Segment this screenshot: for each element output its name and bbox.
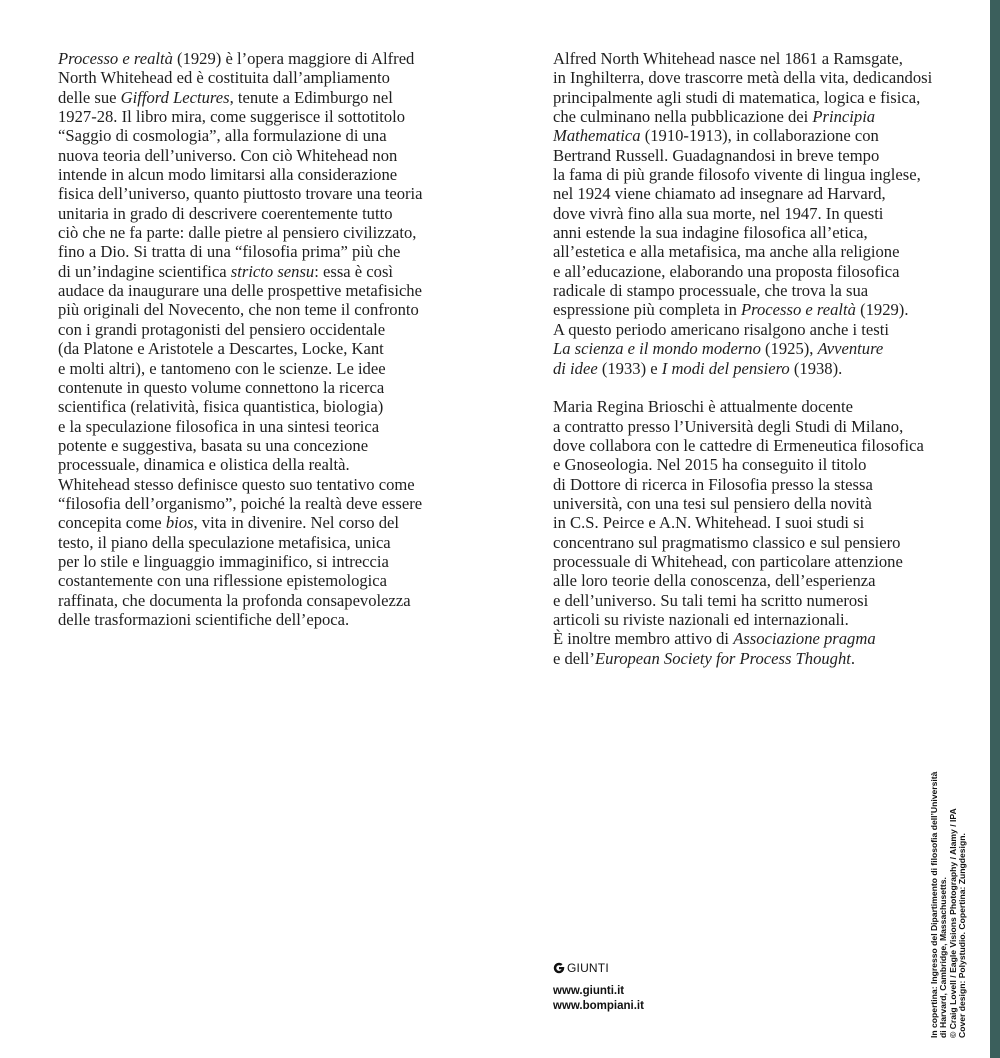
text-line: alle loro teorie della conoscenza, dell’… [553,571,973,590]
text-run: all’estetica e alla metafisica, ma anche… [553,242,899,261]
text-line: di Dottore di ricerca in Filosofia press… [553,475,973,494]
text-run: delle sue [58,88,121,107]
italic-title: Avventure [818,339,884,358]
text-run: Whitehead stesso definisce questo suo te… [58,475,415,494]
author-biographies: Alfred North Whitehead nasce nel 1861 a … [553,49,973,668]
text-run: : essa è così [314,262,393,281]
text-run: raffinata, che documenta la profonda con… [58,591,411,610]
text-line: North Whitehead ed è costituita dall’amp… [58,68,498,87]
text-run: intende in alcun modo limitarsi alla con… [58,165,397,184]
text-line: e Gnoseologia. Nel 2015 ha conseguito il… [553,455,973,474]
text-line: 1927-28. Il libro mira, come suggerisce … [58,107,498,126]
text-line: nuova teoria dell’universo. Con ciò Whit… [58,146,498,165]
italic-title: Gifford Lectures [121,88,230,107]
italic-title: La scienza e il mondo moderno [553,339,761,358]
cover-spine-strip [990,0,1000,1058]
text-line: anni estende la sua indagine filosofica … [553,223,973,242]
text-line: testo, il piano della speculazione metaf… [58,533,498,552]
text-line: per lo stile e linguaggio immaginifico, … [58,552,498,571]
text-run: concentrano sul pragmatismo classico e s… [553,533,900,552]
publisher-name: GIUNTI [567,961,609,975]
text-run: in C.S. Peirce e A.N. Whitehead. I suoi … [553,513,864,532]
text-run: (da Platone e Aristotele a Descartes, Lo… [58,339,384,358]
text-line: e dell’European Society for Process Thou… [553,649,973,668]
text-line: dove collabora con le cattedre di Ermene… [553,436,973,455]
italic-title: I modi del pensiero [662,359,790,378]
text-line: principalmente agli studi di matematica,… [553,88,973,107]
text-run: testo, il piano della speculazione metaf… [58,533,391,552]
text-line: La scienza e il mondo moderno (1925), Av… [553,339,973,358]
text-run: a contratto presso l’Università degli St… [553,417,903,436]
text-line: (da Platone e Aristotele a Descartes, Lo… [58,339,498,358]
text-line: delle sue Gifford Lectures, tenute a Edi… [58,88,498,107]
text-run: e dell’ [553,649,595,668]
text-run: ciò che ne fa parte: dalle pietre al pen… [58,223,416,242]
text-run: con i grandi protagonisti del pensiero o… [58,320,385,339]
italic-title: Mathematica [553,126,641,145]
text-run: , vita in divenire. Nel corso del [193,513,399,532]
text-run: (1910-1913), in collaborazione con [641,126,879,145]
text-line: con i grandi protagonisti del pensiero o… [58,320,498,339]
text-run: A questo periodo americano risalgono anc… [553,320,889,339]
text-line: unitaria in grado di descrivere coerente… [58,204,498,223]
text-line: e la speculazione filosofica in una sint… [58,417,498,436]
text-run: dove vivrà fino alla sua morte, nel 1947… [553,204,883,223]
bompiani-website-link[interactable]: www.bompiani.it [553,999,644,1014]
cover-credits: In copertina: Ingresso del Dipartimento … [930,772,967,1038]
italic-title: bios [166,513,194,532]
text-run: , tenute a Edimburgo nel [230,88,393,107]
paragraph-gap [553,378,973,397]
text-line: intende in alcun modo limitarsi alla con… [58,165,498,184]
text-line: che culminano nella pubblicazione dei Pr… [553,107,973,126]
text-run: la fama di più grande filosofo vivente d… [553,165,921,184]
publisher-logo: GIUNTI [553,960,644,976]
text-line: Maria Regina Brioschi è attualmente doce… [553,397,973,416]
text-run: e molti altri), e tantomeno con le scien… [58,359,386,378]
text-run: anni estende la sua indagine filosofica … [553,223,868,242]
text-run: processuale, dinamica e olistica della r… [58,455,350,474]
italic-title: Processo e realtà [58,49,173,68]
text-run: contenute in questo volume connettono la… [58,378,384,397]
text-run: università, con una tesi sul pensiero de… [553,494,872,513]
text-run: (1938). [790,359,843,378]
text-line: Bertrand Russell. Guadagnandosi in breve… [553,146,973,165]
text-run: fino a Dio. Si tratta di una “filosofia … [58,242,400,261]
text-run: articoli su riviste nazionali ed interna… [553,610,849,629]
translator-bio: Maria Regina Brioschi è attualmente doce… [553,397,973,668]
text-run: che culminano nella pubblicazione dei [553,107,812,126]
text-line: concepita come bios, vita in divenire. N… [58,513,498,532]
text-run: delle trasformazioni scientifiche dell’e… [58,610,349,629]
text-run: Maria Regina Brioschi è attualmente doce… [553,397,853,416]
italic-title: European Society for Process Thought [595,649,851,668]
text-line: fino a Dio. Si tratta di una “filosofia … [58,242,498,261]
text-line: Alfred North Whitehead nasce nel 1861 a … [553,49,973,68]
text-run: (1933) e [598,359,662,378]
text-line: più originali del Novecento, che non tem… [58,300,498,319]
text-line: Processo e realtà (1929) è l’opera maggi… [58,49,498,68]
italic-title: di idee [553,359,598,378]
italic-title: stricto sensu [231,262,314,281]
italic-title: Processo e realtà [741,300,856,319]
publisher-block: GIUNTI www.giunti.it www.bompiani.it [553,960,644,1013]
text-run: più originali del Novecento, che non tem… [58,300,419,319]
text-run: “filosofia dell’organismo”, poiché la re… [58,494,422,513]
text-line: all’estetica e alla metafisica, ma anche… [553,242,973,261]
text-line: contenute in questo volume connettono la… [58,378,498,397]
text-run: È inoltre membro attivo di [553,629,733,648]
giunti-website-link[interactable]: www.giunti.it [553,984,644,999]
text-line: È inoltre membro attivo di Associazione … [553,629,973,648]
text-run: principalmente agli studi di matematica,… [553,88,920,107]
text-line: dove vivrà fino alla sua morte, nel 1947… [553,204,973,223]
text-run: alle loro teorie della conoscenza, dell’… [553,571,875,590]
italic-title: Principia [812,107,875,126]
text-run: . [851,649,855,668]
text-run: audace da inaugurare una delle prospetti… [58,281,422,300]
text-run: in Inghilterra, dove trascorre metà dell… [553,68,932,87]
text-line: e dell’universo. Su tali temi ha scritto… [553,591,973,610]
text-line: fisica dell’universo, quanto piuttosto t… [58,184,498,203]
text-run: e all’educazione, elaborando una propost… [553,262,899,281]
text-line: di un’indagine scientifica stricto sensu… [58,262,498,281]
text-run: nel 1924 viene chiamato ad insegnare ad … [553,184,886,203]
text-line: a contratto presso l’Università degli St… [553,417,973,436]
text-run: costantemente con una riflessione episte… [58,571,387,590]
text-run: (1925), [761,339,818,358]
text-line: nel 1924 viene chiamato ad insegnare ad … [553,184,973,203]
text-run: dove collabora con le cattedre di Ermene… [553,436,924,455]
text-line: scientifica (relatività, fisica quantist… [58,397,498,416]
italic-title: Associazione pragma [733,629,875,648]
text-run: (1929). [856,300,909,319]
author-bio: Alfred North Whitehead nasce nel 1861 a … [553,49,973,378]
text-line: università, con una tesi sul pensiero de… [553,494,973,513]
text-run: “Saggio di cosmologia”, alla formulazion… [58,126,387,145]
text-run: concepita come [58,513,166,532]
text-run: di un’indagine scientifica [58,262,231,281]
text-run: North Whitehead ed è costituita dall’amp… [58,68,390,87]
text-run: scientifica (relatività, fisica quantist… [58,397,383,416]
text-line: concentrano sul pragmatismo classico e s… [553,533,973,552]
text-line: la fama di più grande filosofo vivente d… [553,165,973,184]
text-run: (1929) è l’opera maggiore di Alfred [173,49,414,68]
text-line: di idee (1933) e I modi del pensiero (19… [553,359,973,378]
text-line: “Saggio di cosmologia”, alla formulazion… [58,126,498,145]
text-line: delle trasformazioni scientifiche dell’e… [58,610,498,629]
text-line: Whitehead stesso definisce questo suo te… [58,475,498,494]
text-line: articoli su riviste nazionali ed interna… [553,610,973,629]
text-line: e all’educazione, elaborando una propost… [553,262,973,281]
text-run: e la speculazione filosofica in una sint… [58,417,379,436]
giunti-g-logo-icon [553,962,565,974]
text-line: potente e suggestiva, basata su una conc… [58,436,498,455]
text-run: Alfred North Whitehead nasce nel 1861 a … [553,49,903,68]
text-run: espressione più completa in [553,300,741,319]
credit-line: Cover design: Polystudio. Copertina: Zun… [958,772,967,1038]
text-run: potente e suggestiva, basata su una conc… [58,436,368,455]
text-run: unitaria in grado di descrivere coerente… [58,204,393,223]
text-line: processuale di Whitehead, con particolar… [553,552,973,571]
text-line: in C.S. Peirce e A.N. Whitehead. I suoi … [553,513,973,532]
text-line: in Inghilterra, dove trascorre metà dell… [553,68,973,87]
text-line: costantemente con una riflessione episte… [58,571,498,590]
text-run: nuova teoria dell’universo. Con ciò Whit… [58,146,397,165]
text-run: di Dottore di ricerca in Filosofia press… [553,475,873,494]
text-line: processuale, dinamica e olistica della r… [58,455,498,474]
text-line: e molti altri), e tantomeno con le scien… [58,359,498,378]
text-line: raffinata, che documenta la profonda con… [58,591,498,610]
text-run: per lo stile e linguaggio immaginifico, … [58,552,389,571]
text-line: “filosofia dell’organismo”, poiché la re… [58,494,498,513]
book-description: Processo e realtà (1929) è l’opera maggi… [58,49,498,629]
text-run: e Gnoseologia. Nel 2015 ha conseguito il… [553,455,866,474]
text-line: ciò che ne fa parte: dalle pietre al pen… [58,223,498,242]
text-run: e dell’universo. Su tali temi ha scritto… [553,591,868,610]
text-run: radicale di stampo processuale, che trov… [553,281,868,300]
text-line: Mathematica (1910-1913), in collaborazio… [553,126,973,145]
text-line: espressione più completa in Processo e r… [553,300,973,319]
text-line: A questo periodo americano risalgono anc… [553,320,973,339]
text-line: radicale di stampo processuale, che trov… [553,281,973,300]
text-run: 1927-28. Il libro mira, come suggerisce … [58,107,405,126]
text-run: fisica dell’universo, quanto piuttosto t… [58,184,423,203]
text-run: processuale di Whitehead, con particolar… [553,552,903,571]
text-run: Bertrand Russell. Guadagnandosi in breve… [553,146,879,165]
text-line: audace da inaugurare una delle prospetti… [58,281,498,300]
